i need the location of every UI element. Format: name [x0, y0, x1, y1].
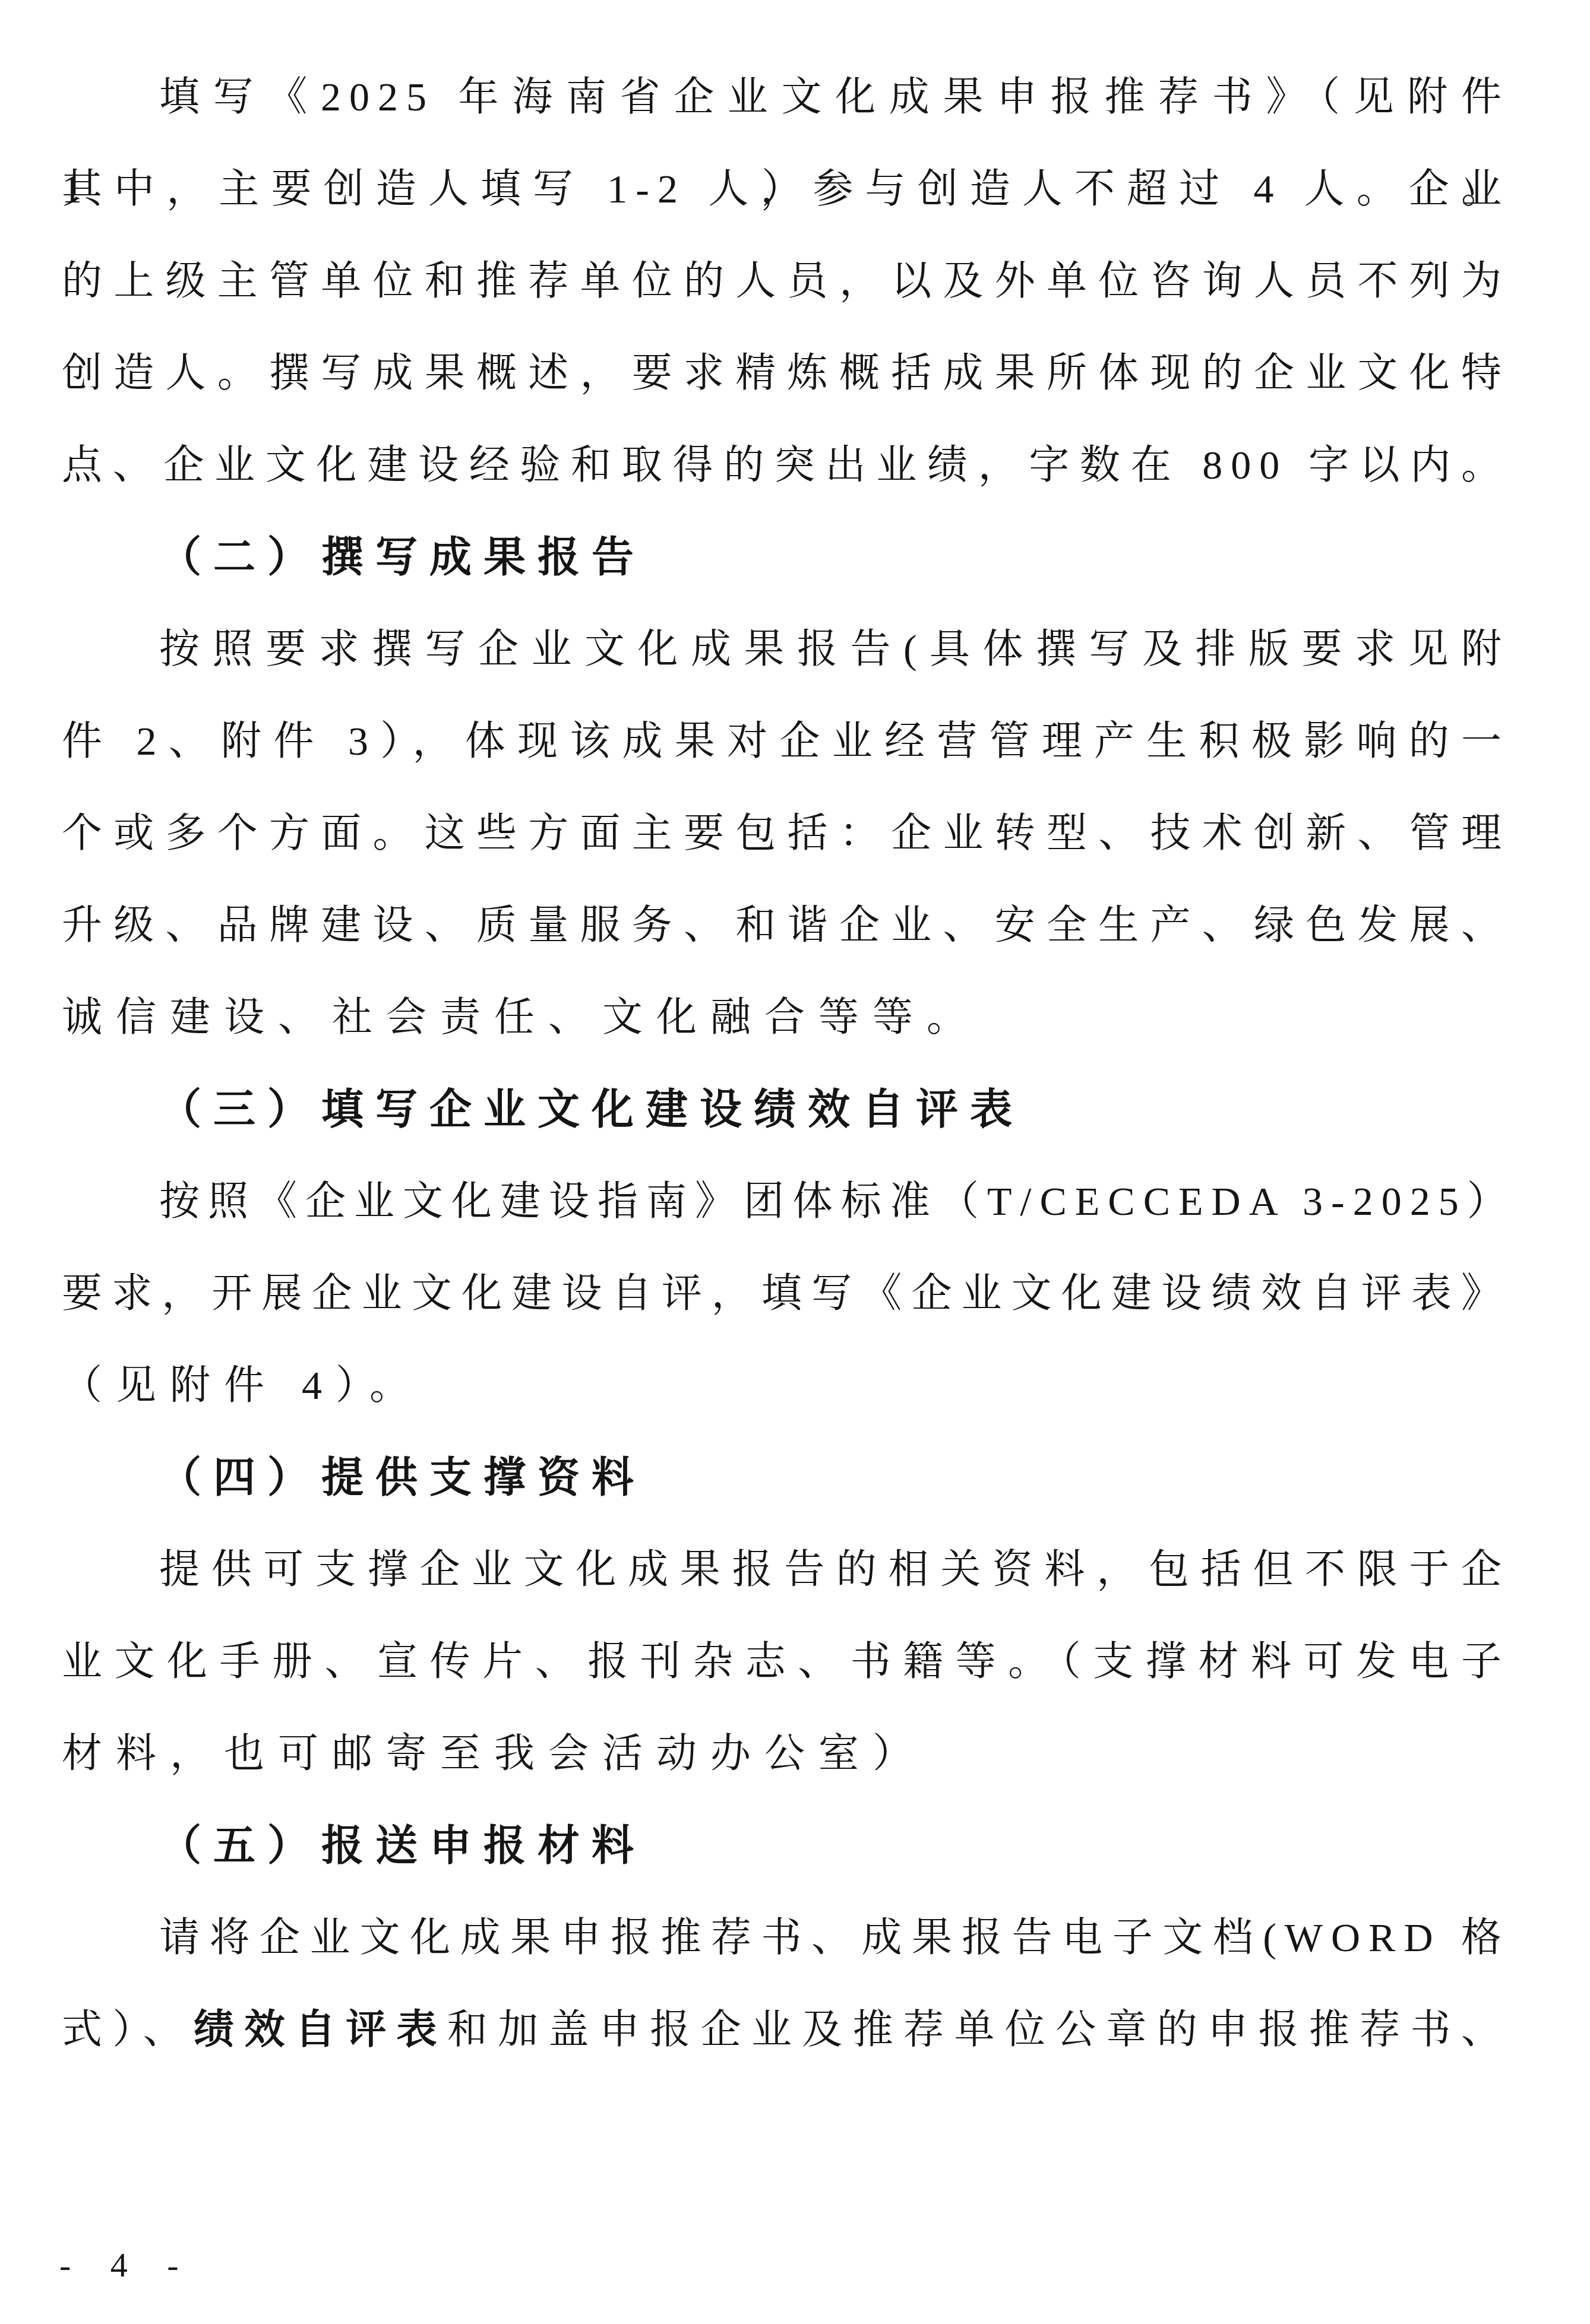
text-segment: 按照《企业文化建设指南》团体标准（T/CECCEDA 3-2025） [159, 1179, 1516, 1224]
text-segment: 材料，也可邮寄至我会活动办公室） [62, 1731, 927, 1776]
section-heading: （三）填写企业文化建设绩效自评表 [62, 1063, 1510, 1155]
text-segment: 升级、品牌建设、质量服务、和谐企业、安全生产、绿色发展、 [62, 903, 1510, 948]
text-line: 提供可支撑企业文化成果报告的相关资料，包括但不限于企 [62, 1524, 1510, 1616]
text-line: 的上级主管单位和推荐单位的人员，以及外单位咨询人员不列为 [62, 235, 1510, 327]
document-page: 填写《2025 年海南省企业文化成果申报推荐书》（见附件 1）。其中，主要创造人… [0, 0, 1590, 2324]
text-segment: 按照要求撰写企业文化成果报告(具体撰写及排版要求见附 [159, 626, 1510, 672]
text-segment: （四）提供支撑资料 [159, 1454, 646, 1501]
text-segment: 提供可支撑企业文化成果报告的相关资料，包括但不限于企 [159, 1547, 1510, 1592]
section-heading: （二）撰写成果报告 [62, 511, 1510, 603]
text-line: （见附件 4）。 [62, 1340, 1510, 1432]
text-line: 业文化手册、宣传片、报刊杂志、书籍等。（支撑材料可发电子 [62, 1616, 1510, 1708]
text-line: 诚信建设、社会责任、文化融合等等。 [62, 971, 1510, 1063]
text-block: 填写《2025 年海南省企业文化成果申报推荐书》（见附件 1）。其中，主要创造人… [62, 51, 1510, 2076]
text-segment: 要求，开展企业文化建设自评，填写《企业文化建设绩效自评表》 [62, 1271, 1510, 1316]
text-segment: 点、企业文化建设经验和取得的突出业绩，字数在 800 字以内。 [62, 442, 1510, 487]
text-line: 按照要求撰写企业文化成果报告(具体撰写及排版要求见附 [62, 603, 1510, 695]
text-segment: 诚信建设、社会责任、文化融合等等。 [62, 995, 981, 1040]
text-segment: 绩效自评表 [194, 2007, 447, 2052]
text-segment: 创造人。撰写成果概述，要求精炼概括成果所体现的企业文化特 [62, 350, 1510, 395]
text-segment: 个或多个方面。这些方面主要包括：企业转型、技术创新、管理 [62, 810, 1510, 856]
text-segment: 请将企业文化成果申报推荐书、成果报告电子文档(WORD 格 [159, 1915, 1510, 1960]
text-line: 点、企业文化建设经验和取得的突出业绩，字数在 800 字以内。 [62, 419, 1510, 511]
text-line: 要求，开展企业文化建设自评，填写《企业文化建设绩效自评表》 [62, 1248, 1510, 1340]
text-segment: 和加盖申报企业及推荐单位公章的申报推荐书、 [447, 2007, 1510, 2052]
text-line: 式）、绩效自评表和加盖申报企业及推荐单位公章的申报推荐书、 [62, 1984, 1510, 2076]
text-segment: 其中，主要创造人填写 1-2 人，参与创造人不超过 4 人。企业 [62, 166, 1510, 211]
text-segment: 件 2、附件 3），体现该成果对企业经营管理产生积极影响的一 [62, 718, 1510, 764]
text-segment: 业文化手册、宣传片、报刊杂志、书籍等。（支撑材料可发电子 [62, 1639, 1510, 1684]
text-segment: （二）撰写成果报告 [159, 534, 646, 581]
text-segment: （见附件 4）。 [62, 1363, 423, 1408]
text-line: 按照《企业文化建设指南》团体标准（T/CECCEDA 3-2025） [62, 1155, 1510, 1248]
text-segment: （三）填写企业文化建设绩效自评表 [159, 1086, 1024, 1133]
text-line: 件 2、附件 3），体现该成果对企业经营管理产生积极影响的一 [62, 695, 1510, 787]
text-line: 其中，主要创造人填写 1-2 人，参与创造人不超过 4 人。企业 [62, 143, 1510, 235]
text-line: 升级、品牌建设、质量服务、和谐企业、安全生产、绿色发展、 [62, 879, 1510, 971]
text-line: 个或多个方面。这些方面主要包括：企业转型、技术创新、管理 [62, 787, 1510, 879]
text-line: 请将企业文化成果申报推荐书、成果报告电子文档(WORD 格 [62, 1892, 1510, 1984]
text-segment: （五）报送申报材料 [159, 1822, 646, 1869]
text-line: 填写《2025 年海南省企业文化成果申报推荐书》（见附件 1）。 [62, 51, 1510, 143]
page-number: - 4 - [59, 2238, 194, 2292]
text-line: 创造人。撰写成果概述，要求精炼概括成果所体现的企业文化特 [62, 327, 1510, 419]
section-heading: （四）提供支撑资料 [62, 1432, 1510, 1524]
text-line: 材料，也可邮寄至我会活动办公室） [62, 1708, 1510, 1800]
text-segment: 的上级主管单位和推荐单位的人员，以及外单位咨询人员不列为 [62, 258, 1510, 303]
text-segment: 式）、 [62, 2007, 194, 2052]
section-heading: （五）报送申报材料 [62, 1800, 1510, 1892]
